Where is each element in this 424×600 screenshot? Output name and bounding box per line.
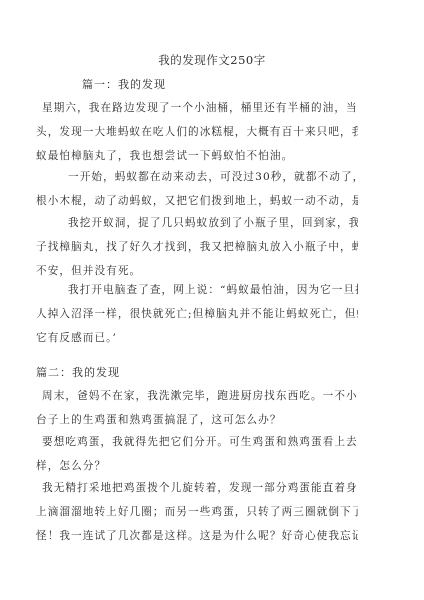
section-1-paragraph-2: 一开始，蚂蚁都在动来动去，可没过30秒，就都不动了，我捡了一 根小木棍，动了动蚂… — [36, 165, 358, 213]
text-line: 头，发现一大堆蚂蚁在吃人们的冰糕棍，大概有百十来只吧，我听说蚂 — [36, 120, 358, 144]
section-1-heading: 篇一：我的发现 — [82, 76, 166, 92]
text-line: 人掉入沼泽一样，很快就死亡;但樟脑丸并不能让蚂蚁死亡，但蚂蚁只对 — [36, 302, 358, 326]
document-title: 我的发现作文250字 — [0, 52, 424, 68]
section-2-paragraph-3: 我无精打采地把鸡蛋拨个儿旋转着，发现一部分鸡蛋能直着身子，在桌 上滴溜溜地转上好… — [36, 476, 358, 548]
text-line: 我挖开蚁洞，捉了几只蚂蚁放到了小瓶子里，回到家，我就打开柜 — [36, 211, 358, 235]
text-line: 台子上的生鸡蛋和熟鸡蛋搞混了，这可怎么办？ — [36, 408, 358, 432]
text-line: 根小木棍，动了动蚂蚁，又把它们拨到地上，蚂蚁一动不动，是死了。 — [36, 189, 358, 213]
text-line: 我无精打采地把鸡蛋拨个儿旋转着，发现一部分鸡蛋能直着身子，在桌 — [36, 476, 358, 500]
section-2-heading: 篇二：我的发现 — [36, 364, 120, 380]
text-line: 怪！我一连试了几次都是这样。这是为什么呢？好奇心使我忘记了饥 — [36, 524, 358, 548]
section-1-paragraph-4: 我打开电脑查了查，网上说：“蚂蚁最怕油，因为它一旦掉入油就像 人掉入沼泽一样，很… — [36, 278, 358, 350]
text-line: 上滴溜溜地转上好几圈；而另一些鸡蛋，只转了两三圈就倒下了，真奇 — [36, 500, 358, 524]
section-2-paragraph-1: 周末，爸妈不在家，我洗漱完毕，跑进厨房找东西吃。一不小心，我把 台子上的生鸡蛋和… — [36, 384, 358, 432]
text-line: 周末，爸妈不在家，我洗漱完毕，跑进厨房找东西吃。一不小心，我把 — [36, 384, 358, 408]
text-line: 它有反感而已。’ — [36, 326, 358, 350]
section-1-paragraph-3: 我挖开蚁洞，捉了几只蚂蚁放到了小瓶子里，回到家，我就打开柜 子找樟脑丸，找了好久… — [36, 211, 358, 283]
section-2-paragraph-2: 要想吃鸡蛋，我就得先把它们分开。可生鸡蛋和熟鸡蛋看上去一模一 样，怎么分？ — [36, 430, 358, 478]
document-page: 我的发现作文250字 篇一：我的发现 星期六，我在路边发现了一个小油桶，桶里还有… — [0, 0, 424, 600]
text-line: 一开始，蚂蚁都在动来动去，可没过30秒，就都不动了，我捡了一 — [36, 165, 358, 189]
text-line: 子找樟脑丸，找了好久才找到，我又把樟脑丸放入小瓶子中，蚂蚁烦躁 — [36, 235, 358, 259]
text-line: 星期六，我在路边发现了一个小油桶，桶里还有半桶的油，当我又一转 — [36, 96, 358, 120]
text-line: 样，怎么分？ — [36, 454, 358, 478]
text-line: 我打开电脑查了查，网上说：“蚂蚁最怕油，因为它一旦掉入油就像 — [36, 278, 358, 302]
section-1-paragraph-1: 星期六，我在路边发现了一个小油桶，桶里还有半桶的油，当我又一转 头，发现一大堆蚂… — [36, 96, 358, 168]
text-line: 要想吃鸡蛋，我就得先把它们分开。可生鸡蛋和熟鸡蛋看上去一模一 — [36, 430, 358, 454]
